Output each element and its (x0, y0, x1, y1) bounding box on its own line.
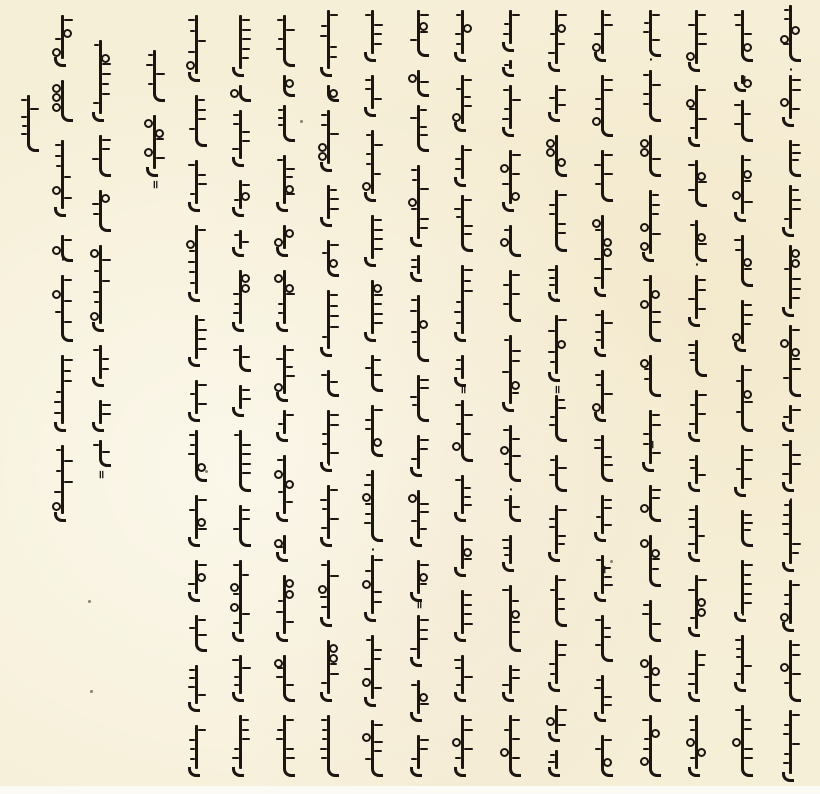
mongolian-word (588, 10, 618, 60)
punctuation-mark: ॥ (552, 385, 562, 395)
mongolian-word (496, 665, 526, 700)
mongolian-word (48, 15, 78, 65)
mongolian-word (636, 10, 666, 55)
punctuation-mark: · (280, 620, 290, 630)
mongolian-word (404, 10, 434, 55)
text-column: · (682, 0, 712, 786)
mongolian-word (270, 75, 300, 95)
mongolian-word (314, 640, 344, 700)
text-column: ॥ (140, 0, 170, 786)
mongolian-word (226, 270, 256, 330)
mongolian-word (588, 75, 618, 135)
mongolian-word (270, 715, 300, 775)
mongolian-word (542, 395, 572, 440)
mongolian-word (776, 710, 806, 780)
mongolian-word (448, 535, 478, 575)
mongolian-word (270, 345, 300, 400)
mongolian-word (404, 105, 434, 150)
mongolian-word (496, 60, 526, 75)
mongolian-word (588, 150, 618, 200)
mongolian-word (86, 345, 116, 385)
mongolian-word (588, 675, 618, 720)
mongolian-word (270, 225, 300, 255)
mongolian-word (48, 80, 78, 120)
mongolian-word (496, 715, 526, 775)
paper-speck (90, 690, 93, 693)
text-column: · (270, 0, 300, 786)
mongolian-word (358, 720, 388, 775)
mongolian-word (182, 15, 212, 80)
punctuation-mark: · (786, 65, 796, 75)
mongolian-word (404, 680, 434, 720)
mongolian-word (636, 275, 666, 340)
mongolian-word (588, 310, 618, 355)
mongolian-word (588, 555, 618, 600)
punctuation-mark: · (552, 295, 562, 305)
mongolian-word (270, 410, 300, 440)
scanned-page: ·॥॥·····॥॥···॥॥·॥·॥··· (0, 0, 820, 786)
text-column: · (314, 0, 344, 786)
mongolian-word (314, 485, 344, 545)
mongolian-word (358, 130, 388, 200)
mongolian-word (448, 265, 478, 340)
mongolian-word (182, 160, 212, 210)
mongolian-word (404, 615, 434, 665)
mongolian-word (358, 215, 388, 265)
mongolian-word (314, 185, 344, 225)
text-column: · (496, 0, 526, 786)
mongolian-word (14, 95, 44, 150)
mongolian-word (682, 160, 712, 205)
mongolian-word (636, 715, 666, 775)
punctuation-mark: · (192, 395, 202, 405)
text-column: ॥ (588, 0, 618, 786)
punctuation-mark: · (236, 625, 246, 635)
mongolian-word (542, 10, 572, 70)
mongolian-word (358, 355, 388, 390)
mongolian-word (542, 85, 572, 120)
punctuation-mark: · (646, 55, 656, 65)
mongolian-word (226, 430, 256, 490)
mongolian-word (182, 225, 212, 300)
mongolian-word (404, 70, 434, 95)
mongolian-word (404, 295, 434, 360)
punctuation-mark: ॥ (150, 180, 160, 190)
paper-speck (88, 600, 91, 603)
mongolian-word (226, 715, 256, 775)
mongolian-word (682, 715, 712, 775)
mongolian-word (542, 640, 572, 690)
mongolian-word (226, 85, 256, 100)
mongolian-word (86, 190, 116, 230)
mongolian-word (728, 365, 758, 430)
mongolian-word (728, 635, 758, 690)
text-column: ·· (776, 0, 806, 786)
punctuation-mark: · (58, 255, 68, 265)
mongolian-word (682, 575, 712, 635)
mongolian-word (496, 150, 526, 210)
text-column: ॥ (404, 0, 434, 786)
mongolian-word (226, 15, 256, 75)
text-column: · (226, 0, 256, 786)
mongolian-word (226, 385, 256, 415)
mongolian-word (404, 255, 434, 280)
mongolian-word (314, 10, 344, 75)
mongolian-word (636, 190, 666, 260)
mongolian-word (226, 345, 256, 370)
mongolian-word (682, 455, 712, 490)
mongolian-word (140, 50, 170, 100)
mongolian-word (448, 195, 478, 250)
mongolian-word (636, 485, 666, 520)
mongolian-word (270, 15, 300, 65)
mongolian-word (542, 705, 572, 740)
mongolian-word (728, 235, 758, 285)
punctuation-mark: · (458, 620, 468, 630)
mongolian-word (542, 135, 572, 175)
punctuation-mark: ॥ (458, 385, 468, 395)
mongolian-word (728, 100, 758, 140)
mongolian-word (776, 245, 806, 315)
mongolian-word (314, 560, 344, 625)
mongolian-word (404, 435, 434, 475)
text-column: ·॥ (542, 0, 572, 786)
mongolian-word (358, 280, 388, 340)
mongolian-word (496, 535, 526, 570)
mongolian-word (448, 590, 478, 640)
mongolian-word (358, 75, 388, 115)
mongolian-word (448, 75, 478, 130)
mongolian-word (226, 655, 256, 700)
mongolian-word (358, 405, 388, 455)
mongolian-word (776, 405, 806, 430)
mongolian-word (226, 230, 256, 255)
punctuation-mark: ॥ (646, 440, 656, 450)
mongolian-word (496, 495, 526, 520)
mongolian-word (776, 580, 806, 630)
mongolian-word (404, 490, 434, 545)
mongolian-word (682, 505, 712, 560)
mongolian-word (86, 440, 116, 465)
punctuation-mark: · (324, 460, 334, 470)
text-column: · (358, 0, 388, 786)
mongolian-word (404, 165, 434, 245)
punctuation-mark: ॥ (598, 565, 608, 575)
mongolian-word (636, 600, 666, 640)
mongolian-word (448, 10, 478, 60)
mongolian-word (448, 475, 478, 520)
mongolian-word (270, 655, 300, 700)
mongolian-word (48, 445, 78, 520)
mongolian-word (140, 115, 170, 175)
punctuation-mark: · (738, 610, 748, 620)
mongolian-word (48, 355, 78, 430)
mongolian-word (270, 270, 300, 330)
mongolian-word (682, 220, 712, 260)
mongolian-word (182, 315, 212, 365)
mongolian-word (404, 735, 434, 775)
mongolian-word (728, 705, 758, 775)
mongolian-word (404, 375, 434, 420)
page-header-word (14, 95, 44, 150)
mongolian-word (542, 505, 572, 560)
page-bottom-margin (0, 786, 820, 794)
paper-speck (300, 120, 303, 123)
mongolian-word (728, 510, 758, 545)
paper-speck (610, 560, 613, 563)
text-column: ॥· (448, 0, 478, 786)
mongolian-word (226, 180, 256, 215)
mongolian-word (314, 715, 344, 775)
mongolian-word (314, 85, 344, 100)
mongolian-word (682, 340, 712, 375)
mongolian-word (182, 560, 212, 600)
mongolian-word (682, 390, 712, 440)
mongolian-word (776, 5, 806, 60)
mongolian-word (86, 135, 116, 175)
mongolian-word (86, 40, 116, 120)
mongolian-word (226, 110, 256, 165)
text-column: ॥ (86, 0, 116, 786)
mongolian-word (636, 70, 666, 120)
mongolian-word (182, 725, 212, 775)
mongolian-word (682, 650, 712, 700)
punctuation-mark: · (368, 545, 378, 555)
mongolian-word (358, 555, 388, 620)
mongolian-word (728, 10, 758, 60)
punctuation-mark: · (692, 260, 702, 270)
mongolian-word (48, 275, 78, 340)
text-column: ·॥ (636, 0, 666, 786)
mongolian-word (496, 225, 526, 255)
mongolian-word (86, 400, 116, 430)
mongolian-word (776, 140, 806, 175)
mongolian-word (588, 735, 618, 775)
mongolian-word (270, 105, 300, 140)
mongolian-word (448, 145, 478, 185)
punctuation-mark: · (506, 485, 516, 495)
mongolian-word (314, 110, 344, 170)
punctuation-mark: · (786, 495, 796, 505)
mongolian-word (270, 155, 300, 210)
mongolian-word (358, 470, 388, 540)
mongolian-word (776, 185, 806, 235)
mongolian-word (682, 10, 712, 70)
mongolian-word (496, 270, 526, 320)
mongolian-word (182, 495, 212, 545)
mongolian-word (182, 95, 212, 145)
mongolian-word (588, 370, 618, 420)
mongolian-word (588, 215, 618, 295)
mongolian-word (314, 370, 344, 395)
mongolian-word (542, 455, 572, 490)
mongolian-word (588, 435, 618, 480)
mongolian-word (682, 85, 712, 145)
mongolian-word (496, 85, 526, 135)
mongolian-word (728, 300, 758, 350)
mongolian-word (682, 275, 712, 325)
mongolian-word (314, 240, 344, 275)
mongolian-word (404, 560, 434, 600)
mongolian-word (542, 315, 572, 380)
mongolian-word (542, 575, 572, 625)
text-column: ॥· (728, 0, 758, 786)
mongolian-word (542, 190, 572, 250)
mongolian-word (270, 455, 300, 520)
punctuation-mark: ॥ (738, 75, 748, 85)
mongolian-word (588, 615, 618, 660)
mongolian-word (182, 665, 212, 710)
mongolian-word (728, 155, 758, 220)
mongolian-word (728, 445, 758, 495)
mongolian-word (776, 75, 806, 125)
mongolian-word (226, 505, 256, 545)
mongolian-word (636, 655, 666, 700)
mongolian-word (496, 335, 526, 410)
mongolian-word (776, 640, 806, 700)
mongolian-word (448, 655, 478, 700)
punctuation-mark: ॥ (414, 600, 424, 610)
mongolian-word (448, 400, 478, 460)
mongolian-word (776, 440, 806, 490)
mongolian-word (636, 355, 666, 395)
mongolian-word (448, 715, 478, 775)
mongolian-word (636, 535, 666, 585)
mongolian-word (776, 325, 806, 395)
mongolian-word (182, 615, 212, 650)
mongolian-word (776, 500, 806, 570)
mongolian-word (86, 245, 116, 330)
mongolian-word (314, 290, 344, 355)
mongolian-word (542, 750, 572, 775)
text-column: · (48, 0, 78, 786)
mongolian-word (588, 495, 618, 540)
mongolian-word (270, 535, 300, 560)
mongolian-word (496, 10, 526, 50)
mongolian-word (358, 10, 388, 60)
mongolian-word (48, 140, 78, 215)
text-column: · (182, 0, 212, 786)
mongolian-word (636, 135, 666, 175)
paper-speck (205, 470, 208, 473)
mongolian-word (358, 635, 388, 705)
mongolian-word (496, 585, 526, 650)
mongolian-word (496, 425, 526, 480)
mongolian-word (448, 355, 478, 385)
punctuation-mark: ॥ (96, 470, 106, 480)
